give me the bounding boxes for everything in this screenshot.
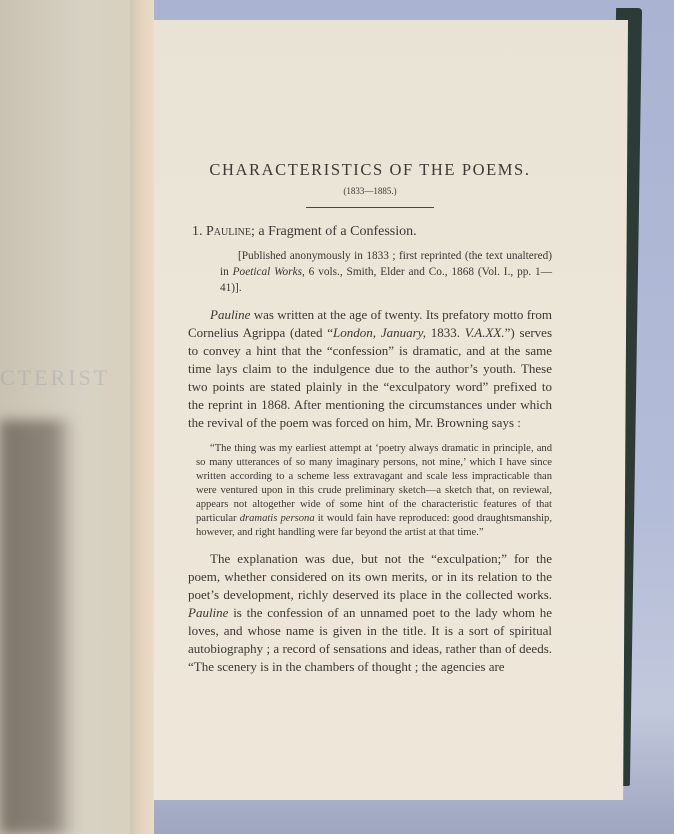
italic-title: Pauline [210,307,250,322]
title-divider [306,207,434,208]
paragraph-1: Pauline was written at the age of twenty… [188,306,552,432]
block-quote: “The thing was my earliest attempt at ‘p… [196,442,552,540]
publication-note: [Published anonymously in 1833 ; first r… [220,248,552,296]
section-name: Pauline [206,224,251,239]
italic-title: Pauline [188,605,228,620]
page-title: CHARACTERISTICS OF THE POEMS. [188,160,552,180]
book-gutter [130,0,154,834]
paragraph-2: The explanation was due, but not the “ex… [188,550,552,676]
date-range: (1833—1885.) [188,186,552,196]
italic-date: London, January, [333,325,426,340]
para-text: is the confession of an unnamed poet to … [188,605,552,674]
section-subtitle: ; a Fragment of a Confession. [251,224,417,239]
italic-code: V.A.XX. [465,325,505,340]
para-text: ”) serves to convey a hint that the “con… [188,325,552,430]
quote-italic: dramatis persona [240,513,315,524]
hand-shadow [0,420,75,834]
bleed-through-text: CTERIST [0,365,110,391]
para-text: The explanation was due, but not the “ex… [188,551,552,602]
note-italic: Poetical Works [233,266,302,278]
section-number: 1. [192,224,203,239]
para-text: 1833. [426,325,465,340]
page-text: CHARACTERISTICS OF THE POEMS. (1833—1885… [188,160,552,676]
section-heading: 1. Pauline; a Fragment of a Confession. [192,224,552,240]
quote-text: “The thing was my earliest attempt at ‘p… [196,443,552,524]
